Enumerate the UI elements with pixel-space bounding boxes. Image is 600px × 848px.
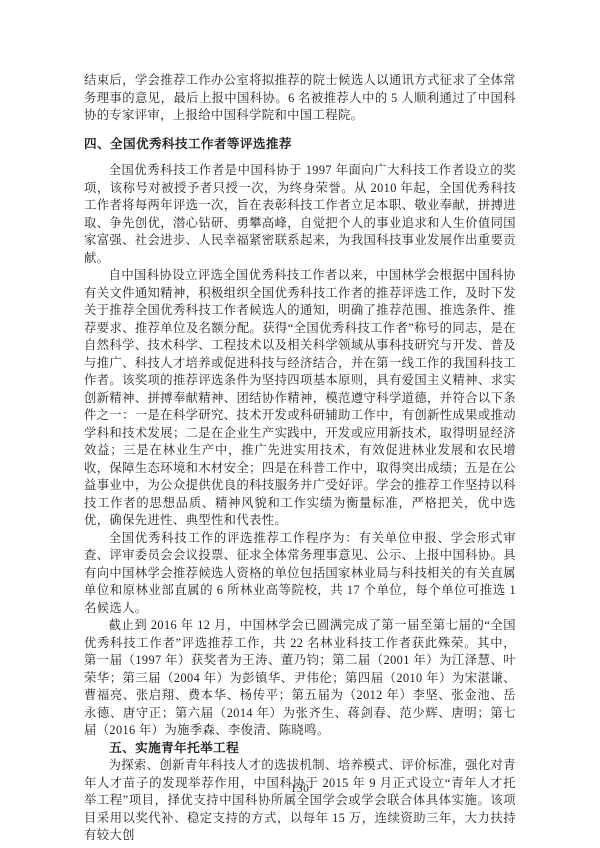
intro-paragraph: 结束后，学会推荐工作办公室将拟推荐的院士候选人以通讯方式征求了全体常务理事的意见… xyxy=(84,72,516,125)
section4-paragraph-4: 截止到 2016 年 12 月，中国林学会已圆满完成了第一届至第七届的“全国优秀… xyxy=(84,617,516,740)
section5-paragraph-1: 为探索、创新青年科技人才的选拔机制、培养模式、评价标准，强化对青年人才苗子的发现… xyxy=(84,757,516,845)
page-number: 130 xyxy=(0,783,600,795)
document-page: 结束后，学会推荐工作办公室将拟推荐的院士候选人以通讯方式征求了全体常务理事的意见… xyxy=(0,0,600,848)
page-content: 结束后，学会推荐工作办公室将拟推荐的院士候选人以通讯方式征求了全体常务理事的意见… xyxy=(84,72,516,845)
section-heading-5: 五、实施青年托举工程 xyxy=(84,740,516,758)
section4-paragraph-2: 自中国科协设立评选全国优秀科技工作者以来，中国林学会根据中国科协有关文件通知精神… xyxy=(84,267,516,530)
section4-paragraph-1: 全国优秀科技工作者是中国科协于 1997 年面向广大科技工作者设立的奖项，该称号… xyxy=(84,162,516,267)
section-heading-4: 四、全国优秀科技工作者等评选推荐 xyxy=(84,136,516,154)
section4-paragraph-3: 全国优秀科技工作的评选推荐工作程序为：有关单位申报、学会形式审查、评审委员会会议… xyxy=(84,530,516,618)
